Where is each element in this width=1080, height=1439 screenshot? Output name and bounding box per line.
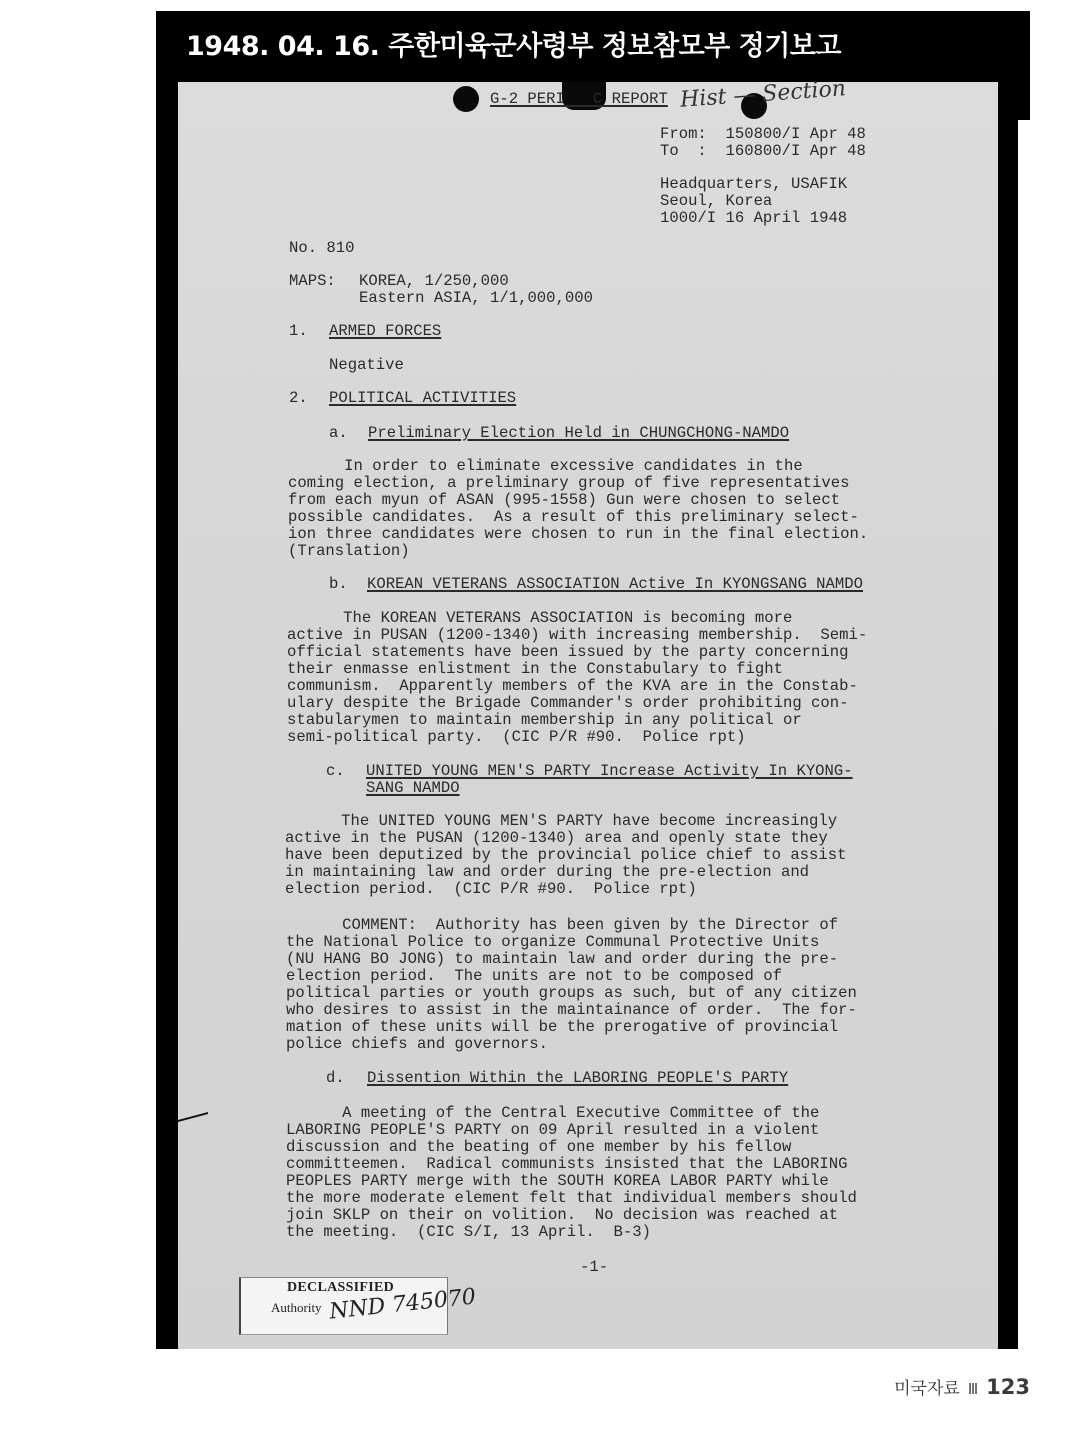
page-footer: 미국자료Ⅲ123 <box>894 1374 1030 1399</box>
subsection-letter: c. <box>326 763 345 780</box>
subsection-heading: UNITED YOUNG MEN'S PARTY Increase Activi… <box>366 763 853 780</box>
hq-line: 1000/I 16 April 1948 <box>660 210 847 227</box>
maps-line: Eastern ASIA, 1/1,000,000 <box>359 290 593 307</box>
frame-edge <box>1018 120 1032 1350</box>
page-title: 1948. 04. 16. 주한미육군사령부 정보참모부 정기보고 <box>186 24 841 63</box>
subsection-body: A meeting of the Central Executive Commi… <box>286 1105 857 1241</box>
section-number: 2. <box>289 390 308 407</box>
section-body: Negative <box>329 357 404 374</box>
comment-body: COMMENT: Authority has been given by the… <box>286 917 857 1053</box>
report-title: G-2 PERI C REPORT <box>490 91 668 108</box>
footer-page-number: 123 <box>986 1375 1030 1399</box>
subsection-heading-cont: SANG NAMDO <box>366 780 460 797</box>
section-heading: POLITICAL ACTIVITIES <box>329 390 516 407</box>
document-page-number: -1- <box>580 1259 608 1276</box>
subsection-body: The KOREAN VETERANS ASSOCIATION is becom… <box>287 610 867 746</box>
subsection-letter: a. <box>329 425 348 442</box>
subsection-body: In order to eliminate excessive candidat… <box>288 458 868 560</box>
declassified-stamp: DECLASSIFIED Authority NND 745070 <box>239 1277 448 1335</box>
section-number: 1. <box>289 323 308 340</box>
subsection-heading: KOREAN VETERANS ASSOCIATION Active In KY… <box>367 576 863 593</box>
hq-line: Headquarters, USAFIK <box>660 176 847 193</box>
subsection-heading: Dissention Within the LABORING PEOPLE'S … <box>367 1070 788 1087</box>
stamp-authority-label: Authority <box>271 1300 322 1316</box>
section-heading: ARMED FORCES <box>329 323 441 340</box>
to-line: To : 160800/I Apr 48 <box>660 143 866 160</box>
from-line: From: 150800/I Apr 48 <box>660 126 866 143</box>
footer-section: 미국자료 <box>894 1379 960 1399</box>
maps-label: MAPS: <box>289 273 336 290</box>
subsection-heading: Preliminary Election Held in CHUNGCHONG-… <box>368 425 789 442</box>
subsection-body: The UNITED YOUNG MEN'S PARTY have become… <box>285 813 846 898</box>
maps-line: KOREA, 1/250,000 <box>359 273 509 290</box>
footer-separator: Ⅲ <box>968 1380 978 1398</box>
report-number: No. 810 <box>289 240 355 257</box>
hq-line: Seoul, Korea <box>660 193 772 210</box>
subsection-letter: b. <box>329 576 348 593</box>
subsection-letter: d. <box>326 1070 345 1087</box>
punch-hole-icon <box>453 86 479 112</box>
